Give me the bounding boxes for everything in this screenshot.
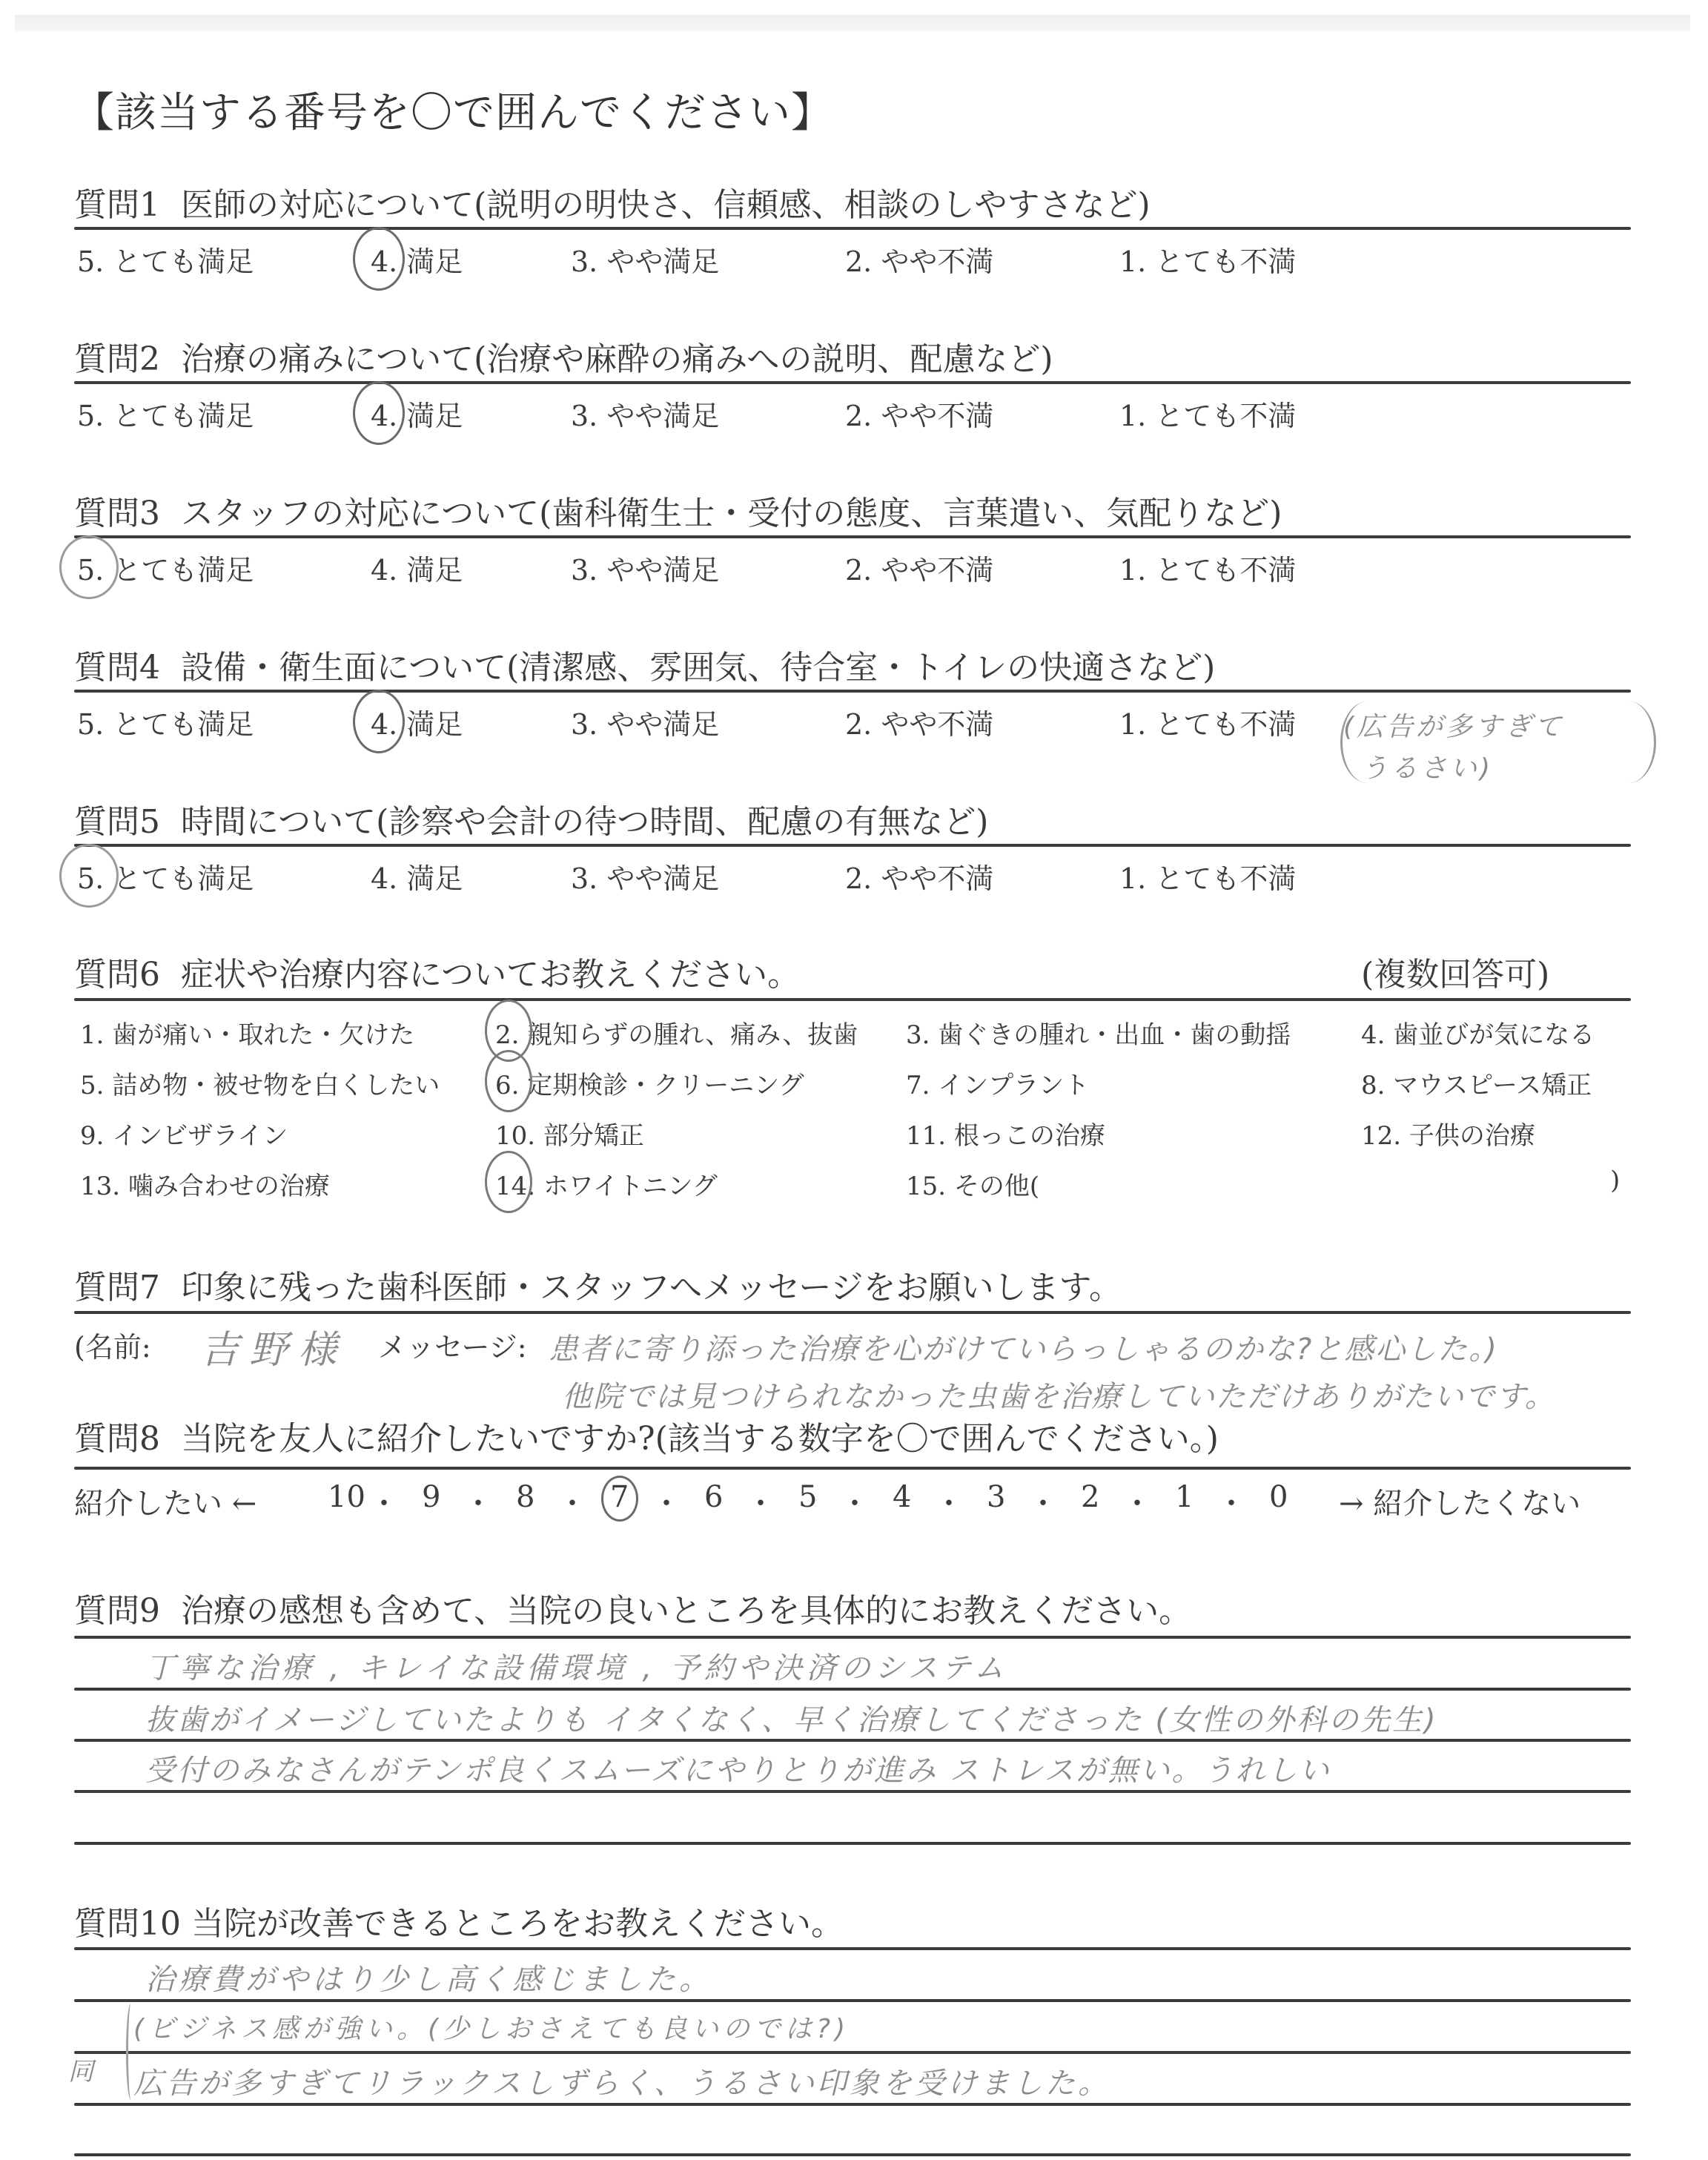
q8-scale-0[interactable]: 0 bbox=[1269, 1480, 1288, 1514]
q9-rule-3 bbox=[74, 1790, 1631, 1793]
q9-heading: 質問9 治療の感想も含めて、当院の良いところを具体的にお教えください。 bbox=[74, 1584, 1191, 1631]
q2-option-2[interactable]: 2. やや不満 bbox=[845, 393, 993, 434]
q7-name-value[interactable]: 吉野様 bbox=[200, 1318, 347, 1374]
q1-option-2[interactable]: 2. やや不満 bbox=[845, 239, 993, 280]
q8-scale-10[interactable]: 10 bbox=[328, 1480, 365, 1514]
q2-label: 質問2 bbox=[74, 340, 160, 378]
q4-option-2[interactable]: 2. やや不満 bbox=[845, 701, 993, 742]
q2-text: 治療の痛みについて(治療や麻酔の痛みへの説明、配慮など) bbox=[181, 340, 1053, 378]
q8-separator: ・ bbox=[652, 1480, 681, 1522]
q2-option-5[interactable]: 5. とても満足 bbox=[77, 393, 254, 434]
q4-rule bbox=[74, 690, 1631, 693]
q10-answer-line-2[interactable]: (ビジネス感が強い。(少しおさえても良いのでは?) bbox=[133, 2008, 850, 2046]
page-title: 【該当する番号を〇で囲んでください】 bbox=[73, 80, 833, 139]
q6-rule bbox=[74, 998, 1631, 1001]
q5-option-2[interactable]: 2. やや不満 bbox=[845, 856, 993, 896]
q5-option-4[interactable]: 4. 満足 bbox=[371, 856, 463, 896]
q6-option-13[interactable]: 13. 噛み合わせの治療 bbox=[80, 1166, 330, 1202]
q3-rule bbox=[74, 535, 1631, 538]
q4-label: 質問4 bbox=[74, 649, 160, 687]
q1-label: 質問1 bbox=[74, 186, 160, 224]
q1-option-5[interactable]: 5. とても満足 bbox=[77, 239, 254, 280]
q6-option-4[interactable]: 4. 歯並びが気になる bbox=[1361, 1014, 1595, 1051]
q10-label: 質問10 bbox=[74, 1905, 181, 1943]
q6-option-9[interactable]: 9. インビザライン bbox=[80, 1115, 288, 1152]
q1-rule bbox=[74, 227, 1631, 230]
q4-heading: 質問4 設備・衛生面について(清潔感、雰囲気、待合室・トイレの快適さなど) bbox=[74, 641, 1215, 688]
q8-separator: ・ bbox=[840, 1480, 870, 1522]
q7-rule bbox=[74, 1311, 1631, 1314]
q7-label: 質問7 bbox=[74, 1269, 160, 1307]
q2-heading: 質問2 治療の痛みについて(治療や麻酔の痛みへの説明、配慮など) bbox=[74, 332, 1053, 380]
q5-option-3[interactable]: 3. やや満足 bbox=[571, 856, 719, 896]
q9-answer-line-2[interactable]: 抜歯がイメージしていたよりも イタくなく、早く治療してくださった (女性の外科の… bbox=[145, 1697, 1438, 1739]
q8-separator: ・ bbox=[369, 1480, 399, 1522]
q8-scale-9[interactable]: 9 bbox=[422, 1480, 440, 1514]
q6-option-15[interactable]: 15. その他( bbox=[906, 1166, 1039, 1202]
q6-selected-circle-14 bbox=[485, 1151, 532, 1213]
q2-selected-circle bbox=[353, 381, 405, 445]
q8-rule bbox=[74, 1467, 1631, 1470]
q8-separator: ・ bbox=[1122, 1480, 1152, 1522]
q3-option-3[interactable]: 3. やや満足 bbox=[571, 547, 719, 588]
q8-scale-6[interactable]: 6 bbox=[704, 1480, 723, 1514]
q6-option-3[interactable]: 3. 歯ぐきの腫れ・出血・歯の動揺 bbox=[906, 1014, 1291, 1051]
q1-option-3[interactable]: 3. やや満足 bbox=[571, 239, 719, 280]
q6-option-2[interactable]: 2. 親知らずの腫れ、痛み、抜歯 bbox=[495, 1014, 858, 1051]
q8-scale-1[interactable]: 1 bbox=[1175, 1480, 1194, 1514]
q3-label: 質問3 bbox=[74, 495, 160, 532]
q8-heading: 質問8 当院を友人に紹介したいですか?(該当する数字を〇で囲んでください。) bbox=[74, 1412, 1219, 1459]
q3-option-4[interactable]: 4. 満足 bbox=[371, 547, 463, 588]
q1-selected-circle bbox=[353, 227, 405, 291]
q6-option-11[interactable]: 11. 根っこの治療 bbox=[906, 1115, 1105, 1152]
q9-answer-line-1[interactable]: 丁寧な治療 , キレイな設備環境 , 予約や決済のシステム bbox=[145, 1645, 1008, 1687]
q4-selected-circle bbox=[353, 690, 405, 753]
q6-other-close-paren: ) bbox=[1610, 1166, 1620, 1195]
q9-rule-2 bbox=[74, 1739, 1631, 1742]
q5-rule bbox=[74, 844, 1631, 847]
q6-label: 質問6 bbox=[74, 956, 160, 994]
q4-option-3[interactable]: 3. やや満足 bbox=[571, 701, 719, 742]
q10-margin-mark: 同 bbox=[68, 2051, 96, 2087]
q6-multiple-note: (複数回答可) bbox=[1361, 948, 1549, 995]
q5-heading: 質問5 時間について(診察や会計の待つ時間、配慮の有無など) bbox=[74, 795, 988, 842]
q8-scale-5[interactable]: 5 bbox=[798, 1480, 817, 1514]
q10-text: 当院が改善できるところをお教えください。 bbox=[191, 1905, 844, 1943]
q4-handwritten-note-line-2: うるさい) bbox=[1361, 747, 1493, 785]
q3-heading: 質問3 スタッフの対応について(歯科衛生士・受付の態度、言葉遣い、気配りなど) bbox=[74, 486, 1282, 534]
q6-option-5[interactable]: 5. 詰め物・被せ物を白くしたい bbox=[80, 1065, 440, 1101]
q7-text: 印象に残った歯科医師・スタッフへメッセージをお願いします。 bbox=[181, 1269, 1122, 1307]
q10-handwritten-bracket bbox=[126, 2004, 136, 2100]
q8-left-label: 紹介したい ← bbox=[74, 1480, 256, 1522]
q9-rule-0 bbox=[74, 1636, 1631, 1639]
q10-rule-0 bbox=[74, 1947, 1631, 1950]
q8-text: 当院を友人に紹介したいですか?(該当する数字を〇で囲んでください。) bbox=[181, 1420, 1219, 1458]
q8-scale-4[interactable]: 4 bbox=[893, 1480, 911, 1514]
q6-option-8[interactable]: 8. マウスピース矯正 bbox=[1361, 1065, 1592, 1101]
q4-option-1[interactable]: 1. とても不満 bbox=[1119, 701, 1296, 742]
q6-selected-circle-6 bbox=[485, 1050, 532, 1112]
q7-message-line-2[interactable]: 他院では見つけられなかった虫歯を治療していただけありがたいです。 bbox=[562, 1373, 1556, 1416]
q8-separator: ・ bbox=[1217, 1480, 1246, 1522]
q8-separator: ・ bbox=[463, 1480, 493, 1522]
q8-right-label: → 紹介したくない bbox=[1339, 1480, 1580, 1522]
q10-rule-4 bbox=[74, 2153, 1631, 2156]
q5-option-1[interactable]: 1. とても不満 bbox=[1119, 856, 1296, 896]
q8-selected-circle bbox=[601, 1476, 638, 1522]
q8-label: 質問8 bbox=[74, 1420, 160, 1458]
q3-selected-circle bbox=[59, 535, 119, 599]
q7-name-label: (名前: bbox=[74, 1324, 151, 1365]
q9-answer-line-3[interactable]: 受付のみなさんがテンポ良くスムーズにやりとりが進み ストレスが無い。うれしい bbox=[145, 1747, 1331, 1789]
q7-heading: 質問7 印象に残った歯科医師・スタッフへメッセージをお願いします。 bbox=[74, 1261, 1122, 1308]
q8-separator: ・ bbox=[746, 1480, 775, 1522]
q2-option-1[interactable]: 1. とても不満 bbox=[1119, 393, 1296, 434]
q1-text: 医師の対応について(説明の明快さ、信頼感、相談のしやすさなど) bbox=[181, 186, 1151, 224]
q5-selected-circle bbox=[59, 844, 119, 908]
q10-rule-2 bbox=[74, 2051, 1631, 2054]
q6-option-6[interactable]: 6. 定期検診・クリーニング bbox=[495, 1065, 804, 1101]
q9-rule-4 bbox=[74, 1842, 1631, 1845]
q6-option-12[interactable]: 12. 子供の治療 bbox=[1361, 1115, 1535, 1152]
q4-text: 設備・衛生面について(清潔感、雰囲気、待合室・トイレの快適さなど) bbox=[181, 649, 1215, 687]
q8-separator: ・ bbox=[1028, 1480, 1058, 1522]
q5-label: 質問5 bbox=[74, 803, 160, 841]
q6-option-7[interactable]: 7. インプラント bbox=[906, 1065, 1089, 1101]
q4-option-5[interactable]: 5. とても満足 bbox=[77, 701, 254, 742]
q9-label: 質問9 bbox=[74, 1592, 160, 1630]
q10-rule-3 bbox=[74, 2103, 1631, 2106]
q6-heading: 質問6 症状や治療内容についてお教えください。 bbox=[74, 948, 800, 995]
scan-top-edge bbox=[15, 15, 1690, 31]
q8-separator: ・ bbox=[934, 1480, 964, 1522]
q1-heading: 質問1 医師の対応について(説明の明快さ、信頼感、相談のしやすさなど) bbox=[74, 178, 1151, 225]
q8-scale-8[interactable]: 8 bbox=[516, 1480, 534, 1514]
q4-handwritten-note-line-1: (広告が多すぎて bbox=[1343, 706, 1564, 744]
q6-text: 症状や治療内容についてお教えください。 bbox=[181, 956, 800, 994]
q7-message-line-1[interactable]: 患者に寄り添った治療を心がけていらっしゃるのかな?と感心した。) bbox=[549, 1326, 1498, 1368]
q10-answer-line-3[interactable]: 広告が多すぎてリラックスしずらく、うるさい印象を受けました。 bbox=[133, 2060, 1110, 2102]
q8-scale-3[interactable]: 3 bbox=[987, 1480, 1005, 1514]
q9-rule-1 bbox=[74, 1688, 1631, 1691]
q6-option-1[interactable]: 1. 歯が痛い・取れた・欠けた bbox=[80, 1014, 414, 1051]
q7-message-label: メッセージ: bbox=[378, 1324, 527, 1365]
q10-rule-1 bbox=[74, 1999, 1631, 2002]
q1-option-1[interactable]: 1. とても不満 bbox=[1119, 239, 1296, 280]
q8-separator: ・ bbox=[557, 1480, 587, 1522]
q5-text: 時間について(診察や会計の待つ時間、配慮の有無など) bbox=[181, 803, 988, 841]
q6-option-10[interactable]: 10. 部分矯正 bbox=[495, 1115, 644, 1152]
q3-option-1[interactable]: 1. とても不満 bbox=[1119, 547, 1296, 588]
q10-answer-line-1[interactable]: 治療費がやはり少し高く感じました。 bbox=[145, 1956, 712, 1998]
q3-text: スタッフの対応について(歯科衛生士・受付の態度、言葉遣い、気配りなど) bbox=[181, 495, 1282, 532]
q2-option-3[interactable]: 3. やや満足 bbox=[571, 393, 719, 434]
q3-option-2[interactable]: 2. やや不満 bbox=[845, 547, 993, 588]
q2-rule bbox=[74, 381, 1631, 384]
q8-scale-2[interactable]: 2 bbox=[1081, 1480, 1099, 1514]
q10-heading: 質問10 当院が改善できるところをお教えください。 bbox=[74, 1897, 844, 1944]
q9-text: 治療の感想も含めて、当院の良いところを具体的にお教えください。 bbox=[181, 1592, 1191, 1630]
